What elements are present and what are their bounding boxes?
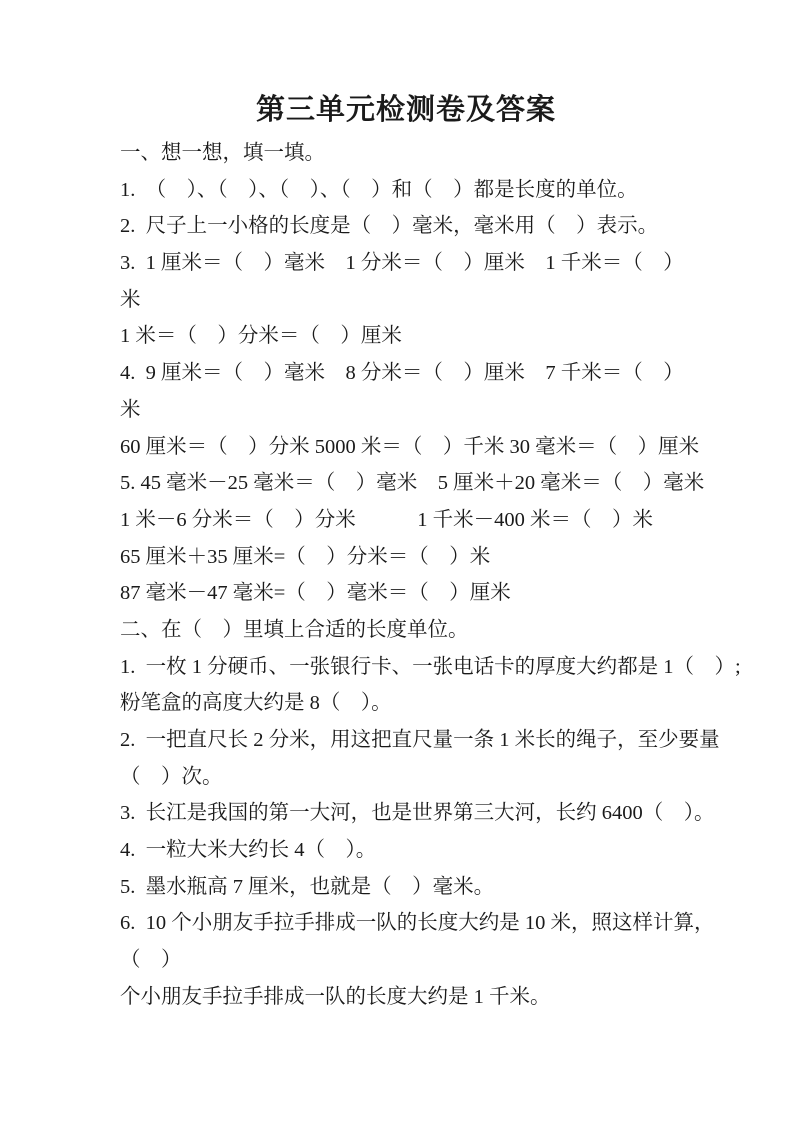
s1-q5-line-2: 1 米－6 分米＝（ ）分米 1 千米－400 米＝（ ）米 (120, 502, 692, 539)
section-1-heading: 一、想一想，填一填。 (120, 135, 692, 172)
document-title: 第三单元检测卷及答案 (120, 86, 692, 135)
s1-q3-line-1: 3. 1 厘米＝（ ）毫米 1 分米＝（ ）厘米 1 千米＝（ ） (120, 245, 692, 282)
s1-q4-line-1: 4. 9 厘米＝（ ）毫米 8 分米＝（ ）厘米 7 千米＝（ ） (120, 355, 692, 392)
s2-q5: 5. 墨水瓶高 7 厘米，也就是（ ）毫米。 (120, 869, 692, 906)
s2-q3: 3. 长江是我国的第一大河，也是世界第三大河，长约 6400（ ）。 (120, 795, 692, 832)
s2-q2-line-2: （ ）次。 (120, 759, 692, 796)
s1-q2: 2. 尺子上一小格的长度是（ ）毫米，毫米用（ ）表示。 (120, 208, 692, 245)
s2-q4: 4. 一粒大米大约长 4（ ）。 (120, 832, 692, 869)
s1-q3-line-3: 1 米＝（ ）分米＝（ ）厘米 (120, 318, 692, 355)
s2-q6-line-2: （ ） (120, 942, 692, 979)
s2-q1-line-2: 粉笔盒的高度大约是 8（ ）。 (120, 685, 692, 722)
s1-q5-line-3: 65 厘米＋35 厘米=（ ）分米＝（ ）米 (120, 539, 692, 576)
s1-q5-line-1: 5. 45 毫米－25 毫米＝（ ）毫米 5 厘米＋20 毫米＝（ ）毫米 (120, 465, 692, 502)
s2-q6-line-1: 6. 10 个小朋友手拉手排成一队的长度大约是 10 米，照这样计算， (120, 905, 692, 942)
document-content: 第三单元检测卷及答案 一、想一想，填一填。 1. （ ）、（ ）、（ ）、（ ）… (120, 86, 692, 1016)
s1-q4-line-3: 60 厘米＝（ ）分米 5000 米＝（ ）千米 30 毫米＝（ ）厘米 (120, 429, 692, 466)
s1-q1: 1. （ ）、（ ）、（ ）、（ ）和（ ）都是长度的单位。 (120, 172, 692, 209)
s2-q1-line-1: 1. 一枚 1 分硬币、一张银行卡、一张电话卡的厚度大约都是 1（ ）; (120, 649, 692, 686)
s2-q2-line-1: 2. 一把直尺长 2 分米，用这把直尺量一条 1 米长的绳子，至少要量 (120, 722, 692, 759)
s1-q4-line-2: 米 (120, 392, 692, 429)
s1-q3-line-2: 米 (120, 282, 692, 319)
s1-q5-line-4: 87 毫米－47 毫米=（ ）毫米＝（ ）厘米 (120, 575, 692, 612)
document-page: 第三单元检测卷及答案 一、想一想，填一填。 1. （ ）、（ ）、（ ）、（ ）… (0, 0, 793, 1122)
s2-q6-line-3: 个小朋友手拉手排成一队的长度大约是 1 千米。 (120, 979, 692, 1016)
section-2-heading: 二、在（ ）里填上合适的长度单位。 (120, 612, 692, 649)
